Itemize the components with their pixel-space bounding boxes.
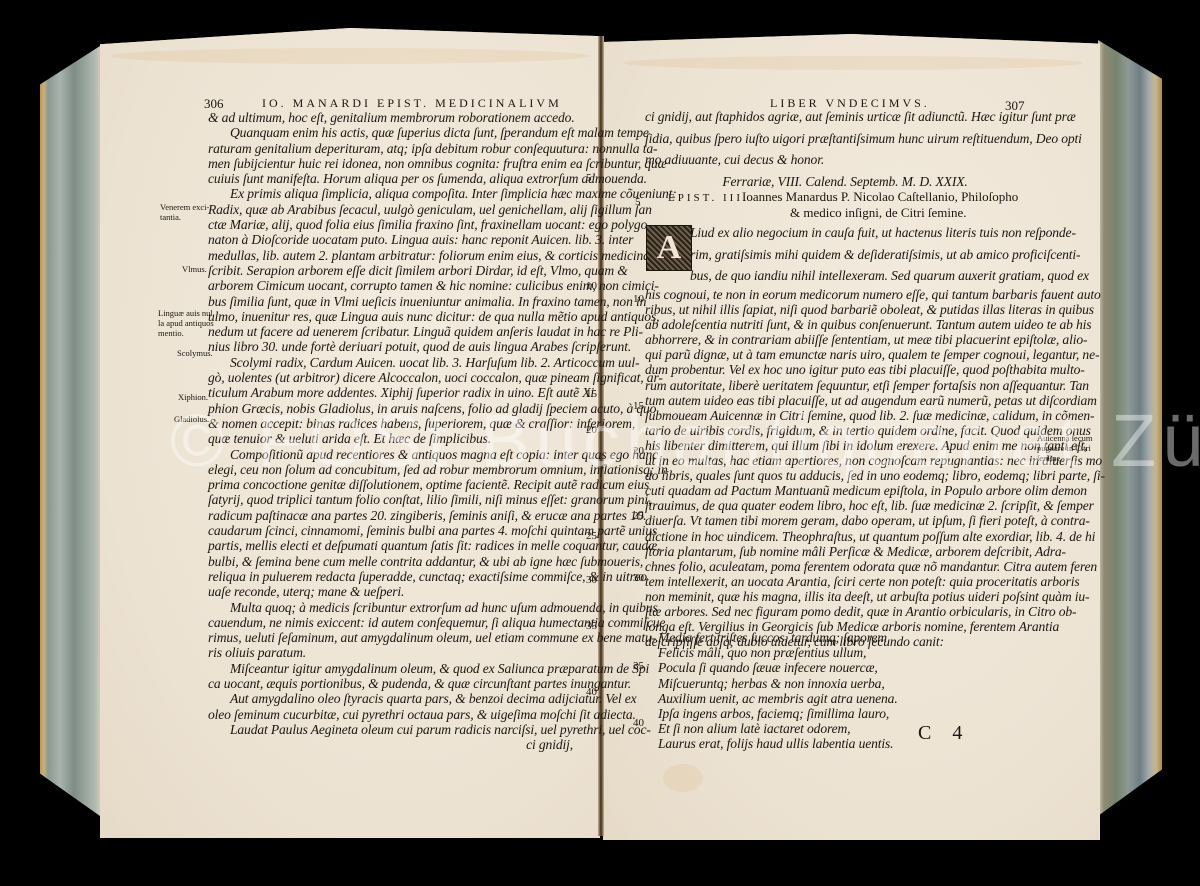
line-number: 30 — [586, 574, 597, 586]
verse-block: Media fert triſtes ſuccos, tardumq; ſapo… — [658, 630, 958, 752]
text-line: arborem Cimicum uocant, corrupto tamen &… — [208, 278, 583, 293]
text-line: ca uocant, æquis portionibus, & pudenda,… — [208, 676, 583, 691]
text-line: reliqua in puluerem redacta ſuperadde, c… — [208, 569, 583, 584]
text-line: naton à Dioſcoride uocatam puto. Lingua … — [208, 232, 583, 247]
text-line: uaſe reconde, uterq; mane & ueſperi. — [208, 584, 583, 599]
text-line: Miſceantur igitur amygdalinum oleum, & q… — [208, 661, 583, 676]
text-line: medullas, lib. autem 2. plantam arbitrat… — [208, 248, 583, 263]
text-line: cauendum, ne nimis exiccent: id autem co… — [208, 615, 583, 630]
text-line: Laurus erat, folijs haud ullis labentia … — [658, 736, 958, 751]
decorated-initial: A — [646, 225, 692, 271]
text-line: Et ſi non alium latè iactaret odorem, — [658, 721, 958, 736]
line-number: 40 — [586, 686, 597, 698]
text-line: Pocula ſi quando ſæuæ infecere nouercæ, — [658, 660, 958, 675]
text-line: Quanquam enim his actis, quæ ſuperius di… — [208, 125, 583, 140]
open-book: 306 IO. MANARDI EPIST. MEDICINALIVM & ad… — [0, 0, 1200, 886]
text-line: rum autoritate, liberè ueritatem ſequunt… — [645, 378, 1030, 393]
text-line: ſtrauimus, de qua quater eodem libro, ho… — [645, 498, 1030, 513]
text-line: bulbi, & ſemina bene cum melle contrita … — [208, 554, 583, 569]
text-line: tem intellexerit, an uocata Arantia, ſci… — [645, 574, 1030, 589]
text-line: Multa quoq; à medicis ſcribuntur extrorſ… — [208, 600, 583, 615]
text-line: Aut amygdalino oleo ſtyracis quarta pars… — [208, 691, 583, 706]
text-line: Radix, quæ ab Arabibus ſecacul, uulgò ge… — [208, 202, 583, 217]
text-line: Ex primis aliqua ſimplicia, aliqua compo… — [208, 186, 583, 201]
text-line: ab adoleſcentia nutriti ſunt, & in quibu… — [645, 317, 1030, 332]
line-number: 5 — [635, 196, 641, 208]
text-line: raturam genitalium deperituram, atq; ipſ… — [208, 141, 583, 156]
line-number: 35 — [586, 620, 597, 632]
text-line: Auxilium uenit, ac membris agit atra uen… — [658, 691, 958, 706]
line-number: 25 — [633, 510, 644, 522]
text-line: caudarum ſcinci, cinnamomi, ſeminis bulb… — [208, 523, 583, 538]
epistle-label: EPIST. III. — [668, 192, 749, 204]
text-line: partis, mellis electi et deſpumati quant… — [208, 538, 583, 553]
line-number: 25 — [586, 530, 597, 542]
foxing-stain — [623, 56, 1083, 70]
line-number: 40 — [633, 717, 644, 729]
text-line: diuerſa. Vt tamen tibi morem geram, dabo… — [645, 513, 1030, 528]
text-line: his cognoui, te non in eorum medicorum n… — [645, 287, 1030, 302]
text-line: non meminit, quæ his magna, illis ita de… — [645, 589, 1030, 604]
text-line: qui parũ dignæ, ut à tam emunctæ naris u… — [645, 347, 1030, 362]
text-line: nius libro 30. unde fortè deriuari potui… — [208, 339, 583, 354]
text-line: ſcribit. Serapion arborem eſſe dicit ſim… — [208, 263, 583, 278]
text-line: radicum paſtinacæ ana partes 20. zingibe… — [208, 508, 583, 523]
text-line: ci gnidij, — [208, 737, 583, 752]
text-line: Ipſa ingens arbos, faciemq; ſimillima la… — [658, 706, 958, 721]
text-line: Laudat Paulus Aegineta oleum cui parum r… — [208, 722, 583, 737]
text-line: dum probentur. Vel ex hoc uno igitur put… — [645, 362, 1030, 377]
foxing-stain — [110, 48, 590, 64]
marginal-note-venerem: Venerem exci-tantia. — [160, 202, 209, 222]
initial-paragraph-lines: Liud ex alio negocium in cauſa fuit, ut … — [690, 222, 1030, 287]
text-line: Felicis mâli, quo non præſentius ullum, — [658, 645, 958, 660]
text-line: ulmo, inuenitur res, quæ Lingua auis nun… — [208, 309, 583, 324]
text-line: ribus, ut nihil illis ſapiat, niſi quod … — [645, 302, 1030, 317]
line-number: 10 — [633, 293, 644, 305]
watermark: © FOSt Buchantiquariat Zürich — [170, 398, 1200, 483]
foxing-stain — [663, 764, 703, 792]
text-line: Miſcueruntq; herbas & non innoxia uerba, — [658, 676, 958, 691]
line-number: 35 — [633, 660, 644, 672]
text-line: chnes folio, aculeatam, poma ferentem od… — [645, 559, 1030, 574]
text-line: ſtæ arbores. Sed nec figuram pomo dedit,… — [645, 604, 1030, 619]
line-number: 10 — [586, 280, 597, 292]
text-line: rimus, ueluti ſeſaminum, aut amygdalinum… — [208, 630, 583, 645]
marginal-note-scolymus: Scolymus. — [177, 348, 213, 358]
text-line: oleo ſeminum cucurbitæ, cui pyrethri oct… — [208, 707, 583, 722]
text-line: Scolymi radix, Cardum Auicen. uocat lib.… — [208, 355, 583, 370]
text-line: gò, uolentes (ut arbitror) dicere Alcocc… — [208, 370, 583, 385]
line-number: 5 — [586, 172, 592, 184]
text-line: bus ſimilia ſunt, quæ in Vlmi ueſicis in… — [208, 294, 583, 309]
text-line: ctæ Mariæ, alij, quod folia eius ſimilia… — [208, 217, 583, 232]
text-line: abhorrere, & in contrariam abiiſſe ſente… — [645, 332, 1030, 347]
epistle-heading-line2: & medico inſigni, de Citri ſemine. — [790, 205, 967, 221]
right-top-text: ci gnidij, aut ſtaphidos agriæ, aut ſemi… — [645, 106, 1005, 192]
text-line: ris oliuis paratum. — [208, 645, 583, 660]
running-head-left: IO. MANARDI EPIST. MEDICINALIVM — [262, 96, 562, 111]
marginal-note-vlmus: Vlmus. — [182, 264, 207, 274]
epistle-heading-line1: Ioannes Manardus P. Nicolao Caſtellanio,… — [742, 189, 1018, 205]
text-line: cuti quadam ad Pactum Mantuanũ medicum e… — [645, 483, 1030, 498]
line-number: 30 — [633, 572, 644, 584]
text-line: men ſubijcientur huic rei idonea, non om… — [208, 156, 583, 171]
text-line: cuiuis ſunt manifeſta. Horum aliqua per … — [208, 171, 583, 186]
text-line: nedum ut facere ad uenerem ſcribatur. Li… — [208, 324, 583, 339]
text-line: ſtoria plantarum, ſub nomine mâli Perſic… — [645, 544, 1030, 559]
text-line: dictione in hoc uindicem. Theophraſtus, … — [645, 529, 1030, 544]
marginal-note-lingua: Linguæ auis nulla apud antiquosmentio. — [158, 308, 214, 338]
text-line: ſatyrij, quod triplici tantum folio conſ… — [208, 492, 583, 507]
text-line: Media fert triſtes ſuccos, tardumq; ſapo… — [658, 630, 958, 645]
signature-mark: C 4 — [918, 722, 970, 745]
text-line: & ad ultimum, hoc eſt, genitalium membro… — [208, 110, 583, 125]
left-fore-edge — [40, 46, 100, 816]
